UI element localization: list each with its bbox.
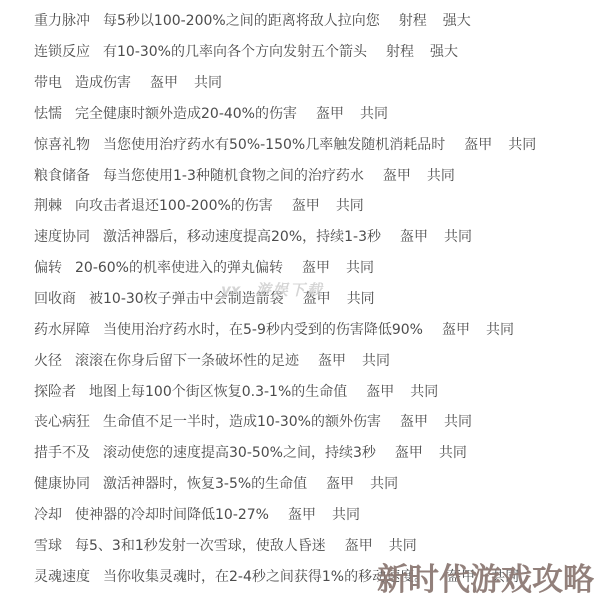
perk-tag-slot: 盔甲 bbox=[288, 504, 316, 524]
perk-description: 激活神器时，恢复3-5%的生命值 bbox=[103, 473, 307, 493]
perk-tag-slot: 盔甲 bbox=[326, 473, 354, 493]
perk-row: 粮食储备每当您使用1-3种随机食物之间的治疗药水盔甲共同 bbox=[0, 159, 594, 190]
perk-row: 冷却使神器的冷却时间降低10-27%盔甲共同 bbox=[0, 499, 594, 530]
perk-tag-slot: 盔甲 bbox=[400, 411, 428, 431]
perk-tag-slot: 盔甲 bbox=[400, 226, 428, 246]
perk-name: 灵魂速度 bbox=[34, 566, 90, 586]
perk-tag-rarity: 共同 bbox=[491, 566, 519, 586]
perk-name: 偏转 bbox=[34, 257, 62, 277]
perk-tag-rarity: 共同 bbox=[439, 442, 467, 462]
perk-tag-rarity: 共同 bbox=[508, 134, 536, 154]
perk-tag-rarity: 共同 bbox=[486, 319, 514, 339]
perk-tag-rarity: 共同 bbox=[362, 350, 390, 370]
perk-tag-rarity: 共同 bbox=[444, 411, 472, 431]
perk-name: 重力脉冲 bbox=[34, 10, 90, 30]
perk-description: 完全健康时额外造成20-40%的伤害 bbox=[75, 103, 297, 123]
perk-tag-slot: 盔甲 bbox=[303, 288, 331, 308]
perk-tag-rarity: 强大 bbox=[443, 10, 471, 30]
perk-name: 带电 bbox=[34, 72, 62, 92]
perk-row: 重力脉冲每5秒以100-200%之间的距离将敌人拉向您射程强大 bbox=[0, 5, 594, 36]
perk-name: 措手不及 bbox=[34, 442, 90, 462]
perk-tag-rarity: 共同 bbox=[370, 473, 398, 493]
perk-name: 健康协同 bbox=[34, 473, 90, 493]
perk-description: 被10-30枚子弹击中会制造箭袋 bbox=[89, 288, 284, 308]
perk-row: 带电造成伤害盔甲共同 bbox=[0, 67, 594, 98]
perk-tag-slot: 盔甲 bbox=[318, 350, 346, 370]
perk-name: 连锁反应 bbox=[34, 41, 90, 61]
perk-description: 当使用治疗药水时，在5-9秒内受到的伤害降低90% bbox=[103, 319, 423, 339]
perk-description: 20-60%的机率使进入的弹丸偏转 bbox=[75, 257, 283, 277]
perk-tag-rarity: 共同 bbox=[389, 535, 417, 555]
perk-name: 怯懦 bbox=[34, 103, 62, 123]
perk-row: 药水屏障当使用治疗药水时，在5-9秒内受到的伤害降低90%盔甲共同 bbox=[0, 313, 594, 344]
perk-tag-slot: 射程 bbox=[386, 41, 414, 61]
perk-description: 激活神器后，移动速度提高20%，持续1-3秒 bbox=[103, 226, 381, 246]
perk-list-page: 重力脉冲每5秒以100-200%之间的距离将敌人拉向您射程强大连锁反应有10-3… bbox=[0, 0, 594, 598]
perk-name: 丧心病狂 bbox=[34, 411, 90, 431]
perk-row: 措手不及滚动使您的速度提高30-50%之间，持续3秒盔甲共同 bbox=[0, 437, 594, 468]
perk-description: 滚滚在你身后留下一条破坏性的足迹 bbox=[75, 350, 299, 370]
perk-name: 荆棘 bbox=[34, 195, 62, 215]
perk-name: 火径 bbox=[34, 350, 62, 370]
perk-description: 地图上每100个街区恢复0.3-1%的生命值 bbox=[89, 381, 347, 401]
perk-row: 偏转20-60%的机率使进入的弹丸偏转盔甲共同 bbox=[0, 252, 594, 283]
perk-description: 每当您使用1-3种随机食物之间的治疗药水 bbox=[103, 165, 364, 185]
perk-row: 回收商被10-30枚子弹击中会制造箭袋盔甲共同 bbox=[0, 283, 594, 314]
perk-tag-slot: 盔甲 bbox=[395, 442, 423, 462]
perk-tag-rarity: 共同 bbox=[444, 226, 472, 246]
perk-tag-slot: 盔甲 bbox=[464, 134, 492, 154]
perk-name: 冷却 bbox=[34, 504, 62, 524]
perk-description: 生命值不足一半时，造成10-30%的额外伤害 bbox=[103, 411, 381, 431]
perk-tag-slot: 盔甲 bbox=[316, 103, 344, 123]
perk-tag-slot: 盔甲 bbox=[366, 381, 394, 401]
perk-name: 回收商 bbox=[34, 288, 76, 308]
perk-tag-slot: 盔甲 bbox=[345, 535, 373, 555]
perk-description: 向攻击者退还100-200%的伤害 bbox=[75, 195, 273, 215]
perk-tag-rarity: 强大 bbox=[430, 41, 458, 61]
perk-row: 健康协同激活神器时，恢复3-5%的生命值盔甲共同 bbox=[0, 468, 594, 499]
perk-description: 当你收集灵魂时，在2-4秒之间获得1%的移动速度。 bbox=[103, 566, 428, 586]
perk-row: 惊喜礼物当您使用治疗药水有50%-150%几率触发随机消耗品时盔甲共同 bbox=[0, 128, 594, 159]
perk-tag-slot: 盔甲 bbox=[442, 319, 470, 339]
perk-name: 粮食储备 bbox=[34, 165, 90, 185]
perk-tag-slot: 盔甲 bbox=[383, 165, 411, 185]
perk-name: 惊喜礼物 bbox=[34, 134, 90, 154]
perk-name: 雪球 bbox=[34, 535, 62, 555]
perk-row: 雪球每5、3和1秒发射一次雪球，使敌人昏迷盔甲共同 bbox=[0, 529, 594, 560]
perk-description: 每5秒以100-200%之间的距离将敌人拉向您 bbox=[103, 10, 380, 30]
perk-tag-slot: 盔甲 bbox=[150, 72, 178, 92]
perk-row: 怯懦完全健康时额外造成20-40%的伤害盔甲共同 bbox=[0, 98, 594, 129]
perk-name: 速度协同 bbox=[34, 226, 90, 246]
perk-tag-rarity: 共同 bbox=[336, 195, 364, 215]
perk-row: 荆棘向攻击者退还100-200%的伤害盔甲共同 bbox=[0, 190, 594, 221]
perk-name: 药水屏障 bbox=[34, 319, 90, 339]
perk-tag-slot: 盔甲 bbox=[292, 195, 320, 215]
perk-row: 连锁反应有10-30%的几率向各个方向发射五个箭头射程强大 bbox=[0, 36, 594, 67]
perk-description: 滚动使您的速度提高30-50%之间，持续3秒 bbox=[103, 442, 376, 462]
perk-tag-slot: 盔甲 bbox=[447, 566, 475, 586]
perk-name: 探险者 bbox=[34, 381, 76, 401]
perk-row: 探险者地图上每100个街区恢复0.3-1%的生命值盔甲共同 bbox=[0, 375, 594, 406]
perk-row: 速度协同激活神器后，移动速度提高20%，持续1-3秒盔甲共同 bbox=[0, 221, 594, 252]
perk-tag-rarity: 共同 bbox=[347, 288, 375, 308]
perk-row: 灵魂速度当你收集灵魂时，在2-4秒之间获得1%的移动速度。盔甲共同 bbox=[0, 560, 594, 591]
perk-tag-rarity: 共同 bbox=[332, 504, 360, 524]
perk-description: 每5、3和1秒发射一次雪球，使敌人昏迷 bbox=[75, 535, 326, 555]
perk-description: 造成伤害 bbox=[75, 72, 131, 92]
perk-row: 火径滚滚在你身后留下一条破坏性的足迹盔甲共同 bbox=[0, 344, 594, 375]
perk-description: 当您使用治疗药水有50%-150%几率触发随机消耗品时 bbox=[103, 134, 445, 154]
perk-tag-rarity: 共同 bbox=[360, 103, 388, 123]
perk-tag-rarity: 共同 bbox=[410, 381, 438, 401]
perk-tag-rarity: 共同 bbox=[346, 257, 374, 277]
perk-tag-rarity: 共同 bbox=[427, 165, 455, 185]
perk-tag-slot: 盔甲 bbox=[302, 257, 330, 277]
perk-tag-rarity: 共同 bbox=[194, 72, 222, 92]
perk-row: 丧心病狂生命值不足一半时，造成10-30%的额外伤害盔甲共同 bbox=[0, 406, 594, 437]
perk-tag-slot: 射程 bbox=[399, 10, 427, 30]
perk-list: 重力脉冲每5秒以100-200%之间的距离将敌人拉向您射程强大连锁反应有10-3… bbox=[0, 0, 594, 591]
perk-description: 使神器的冷却时间降低10-27% bbox=[75, 504, 269, 524]
perk-description: 有10-30%的几率向各个方向发射五个箭头 bbox=[103, 41, 367, 61]
